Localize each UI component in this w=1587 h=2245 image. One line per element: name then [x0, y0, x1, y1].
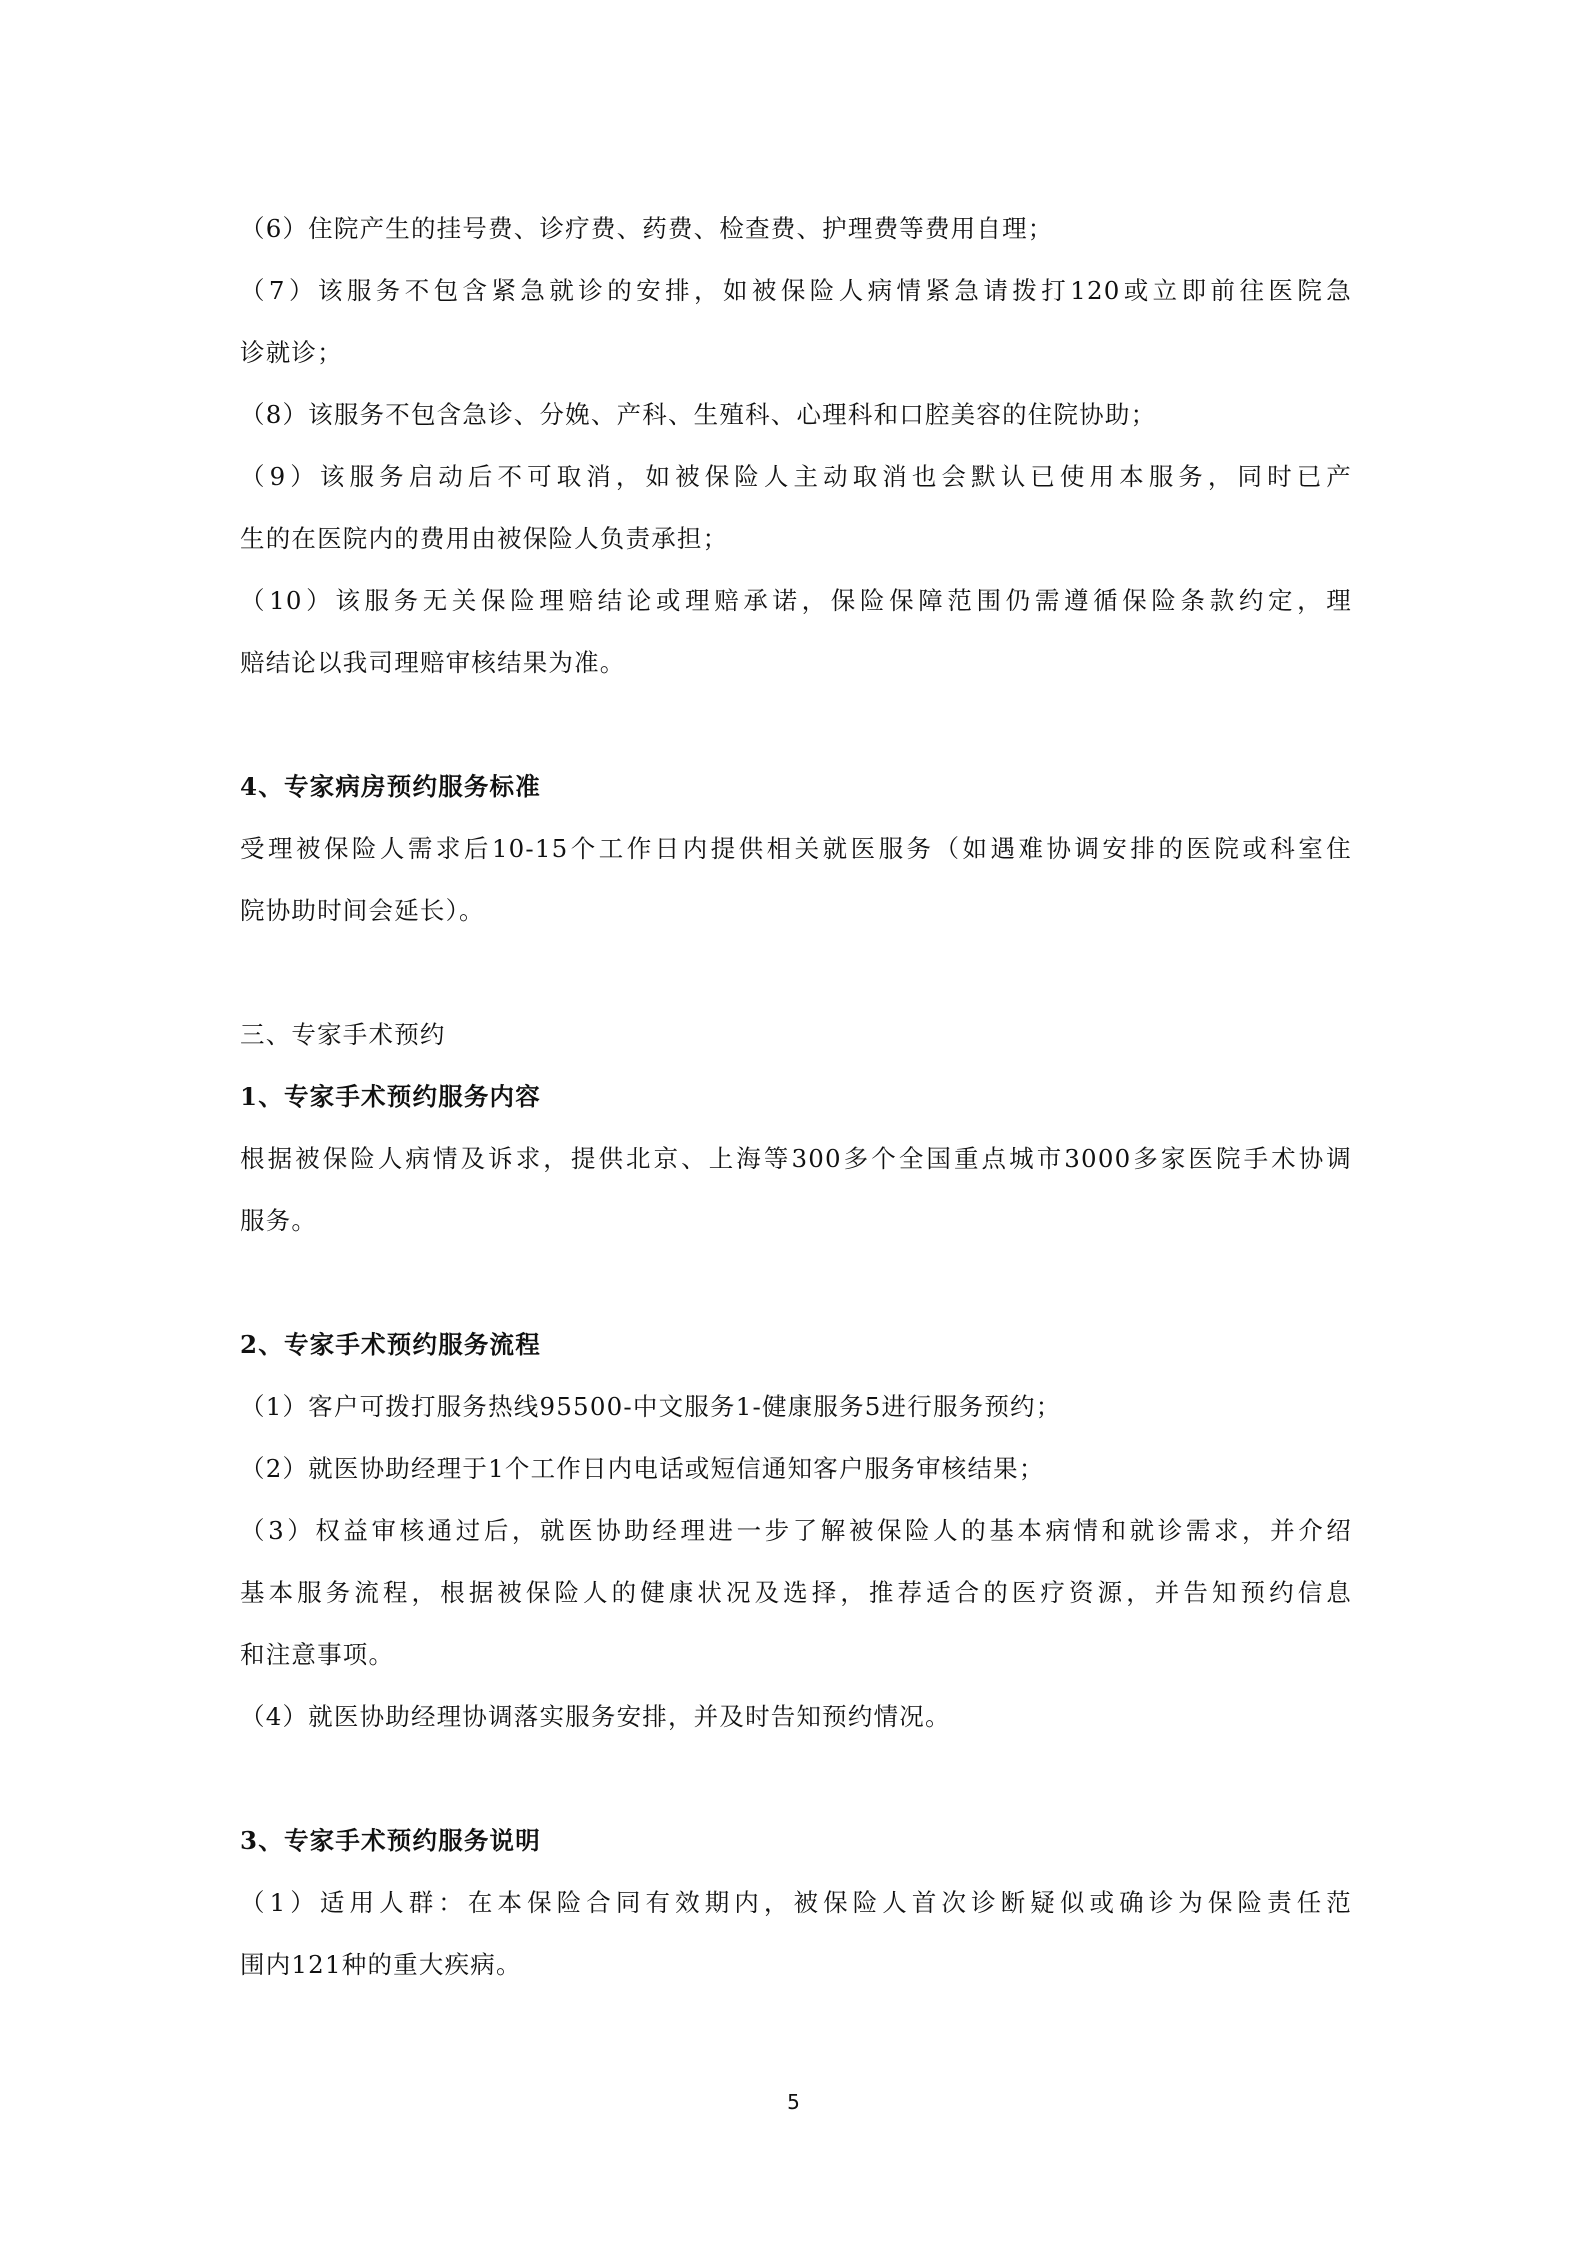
text-line: 围内121种的重大疾病。 [240, 1934, 1352, 1996]
text-line: （1）适用人群：在本保险合同有效期内，被保险人首次诊断疑似或确诊为保险责任范 [240, 1872, 1352, 1934]
page-number: 5 [0, 2090, 1587, 2114]
section-heading: 2、专家手术预约服务流程 [240, 1314, 1352, 1376]
text-line: 根据被保险人病情及诉求，提供北京、上海等300多个全国重点城市3000多家医院手… [240, 1128, 1352, 1190]
document-page: （6）住院产生的挂号费、诊疗费、药费、检查费、护理费等费用自理；（7）该服务不包… [0, 0, 1587, 2245]
text-line: （7）该服务不包含紧急就诊的安排，如被保险人病情紧急请拨打120或立即前往医院急 [240, 260, 1352, 322]
text-line: 诊就诊； [240, 322, 1352, 384]
section-heading: 4、专家病房预约服务标准 [240, 756, 1352, 818]
section-heading: 1、专家手术预约服务内容 [240, 1066, 1352, 1128]
text-line: 生的在医院内的费用由被保险人负责承担； [240, 508, 1352, 570]
text-line: 受理被保险人需求后10-15个工作日内提供相关就医服务（如遇难协调安排的医院或科… [240, 818, 1352, 880]
document-body: （6）住院产生的挂号费、诊疗费、药费、检查费、护理费等费用自理；（7）该服务不包… [240, 198, 1352, 1996]
text-line: 赔结论以我司理赔审核结果为准。 [240, 632, 1352, 694]
section-heading: 3、专家手术预约服务说明 [240, 1810, 1352, 1872]
paragraph-gap [240, 942, 1352, 1004]
text-line: （2）就医协助经理于1个工作日内电话或短信通知客户服务审核结果； [240, 1438, 1352, 1500]
paragraph-gap [240, 1748, 1352, 1810]
text-line: 服务。 [240, 1190, 1352, 1252]
text-line: （8）该服务不包含急诊、分娩、产科、生殖科、心理科和口腔美容的住院协助； [240, 384, 1352, 446]
text-line: （1）客户可拨打服务热线95500-中文服务1-健康服务5进行服务预约； [240, 1376, 1352, 1438]
text-line: （9）该服务启动后不可取消，如被保险人主动取消也会默认已使用本服务，同时已产 [240, 446, 1352, 508]
text-line: 基本服务流程，根据被保险人的健康状况及选择，推荐适合的医疗资源，并告知预约信息 [240, 1562, 1352, 1624]
paragraph-gap [240, 694, 1352, 756]
text-line: 三、专家手术预约 [240, 1004, 1352, 1066]
text-line: 和注意事项。 [240, 1624, 1352, 1686]
text-line: （6）住院产生的挂号费、诊疗费、药费、检查费、护理费等费用自理； [240, 198, 1352, 260]
paragraph-gap [240, 1252, 1352, 1314]
text-line: （3）权益审核通过后，就医协助经理进一步了解被保险人的基本病情和就诊需求，并介绍 [240, 1500, 1352, 1562]
text-line: 院协助时间会延长）。 [240, 880, 1352, 942]
text-line: （10）该服务无关保险理赔结论或理赔承诺，保险保障范围仍需遵循保险条款约定，理 [240, 570, 1352, 632]
text-line: （4）就医协助经理协调落实服务安排，并及时告知预约情况。 [240, 1686, 1352, 1748]
